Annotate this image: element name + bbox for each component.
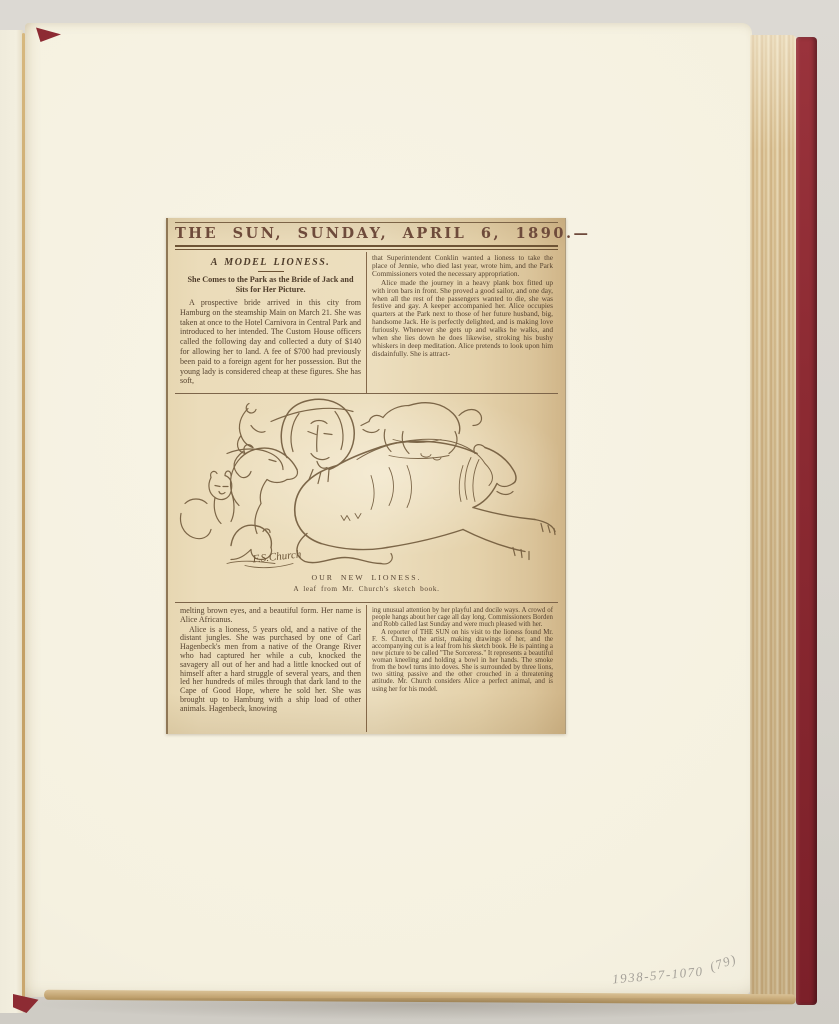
lion-sketch-illustration: F.S.Church [175, 394, 558, 569]
article-paragraph: that Superintendent Conklin wanted a lio… [372, 254, 553, 278]
facing-page-sliver [0, 30, 23, 1013]
caption-subtitle: A leaf from Mr. Church's sketch book. [175, 584, 558, 593]
newspaper-masthead: THE SUN, SUNDAY, APRIL 6, 1890.— [175, 223, 558, 245]
scrapbook-photo: THE SUN, SUNDAY, APRIL 6, 1890.— A MODEL… [0, 0, 839, 1024]
article-paragraph: Alice is a lioness, 5 years old, and a n… [180, 626, 361, 714]
caption-title: OUR NEW LIONESS. [175, 573, 558, 582]
book-page-edges [750, 35, 797, 1002]
article-column-bottom-left: melting brown eyes, and a beautiful form… [175, 605, 366, 732]
article-paragraph: Alice made the journey in a heavy plank … [372, 279, 553, 358]
article-paragraph: A reporter of THE SUN on his visit to th… [372, 629, 553, 692]
article-column-top-right: that Superintendent Conklin wanted a lio… [366, 252, 558, 393]
article-paragraph: melting brown eyes, and a beautiful form… [180, 607, 361, 625]
headline-divider [258, 271, 284, 272]
illustration-bottom-rule [175, 602, 558, 603]
article-headline: A MODEL LIONESS. [180, 257, 361, 268]
article-paragraph: A prospective bride arrived in this city… [180, 298, 361, 386]
book-cover-right [796, 37, 817, 1005]
newspaper-clipping: THE SUN, SUNDAY, APRIL 6, 1890.— A MODEL… [166, 218, 566, 734]
masthead-double-rule [175, 245, 558, 250]
article-top-columns: A MODEL LIONESS. She Comes to the Park a… [175, 252, 558, 393]
article-column-bottom-right: ing unusual attention by her playful and… [366, 605, 558, 732]
lion-sketch: F.S.Church [175, 394, 558, 569]
article-bottom-columns: melting brown eyes, and a beautiful form… [175, 605, 558, 732]
book-shadow [30, 998, 820, 1020]
article-subhead: She Comes to the Park as the Bride of Ja… [180, 275, 361, 295]
illustration-caption: OUR NEW LIONESS. A leaf from Mr. Church'… [175, 569, 558, 602]
artist-signature: F.S.Church [251, 548, 302, 565]
article-paragraph: ing unusual attention by her playful and… [372, 607, 553, 628]
article-column-top-left: A MODEL LIONESS. She Comes to the Park a… [175, 252, 366, 393]
